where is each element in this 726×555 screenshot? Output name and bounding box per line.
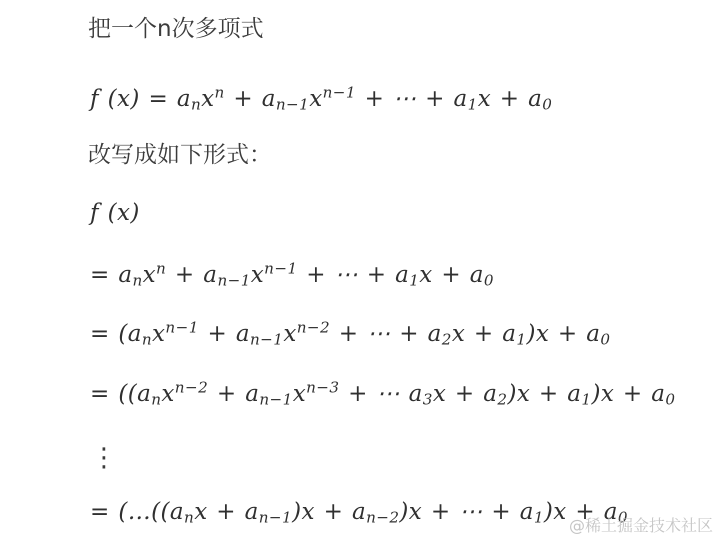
polynomial-formula: f (x) = anxn + an−1xn−1 + ⋯ + a1x + a0 — [90, 88, 552, 111]
derivation-step-2: = (anxn−1 + an−1xn−2 + ⋯ + a2x + a1)x + … — [90, 323, 610, 346]
article-document-page: 把一个n次多项式 f (x) = anxn + an−1xn−1 + ⋯ + a… — [0, 0, 726, 555]
derivation-final-step: = (…((anx + an−1)x + an−2)x + ⋯ + a1)x +… — [90, 501, 628, 524]
vertical-ellipsis: ⋮ — [91, 440, 117, 476]
derivation-lhs: f (x) — [90, 202, 140, 225]
derivation-step-3: = ((anxn−2 + an−1xn−3 + ⋯ a3x + a2)x + a… — [90, 383, 675, 406]
watermark-text: @稀土掘金技术社区 — [569, 516, 713, 535]
rewrite-prompt-text: 改写成如下形式： — [88, 144, 272, 167]
intro-text: 把一个n次多项式 — [88, 18, 264, 41]
derivation-step-1: = anxn + an−1xn−1 + ⋯ + a1x + a0 — [90, 264, 494, 287]
